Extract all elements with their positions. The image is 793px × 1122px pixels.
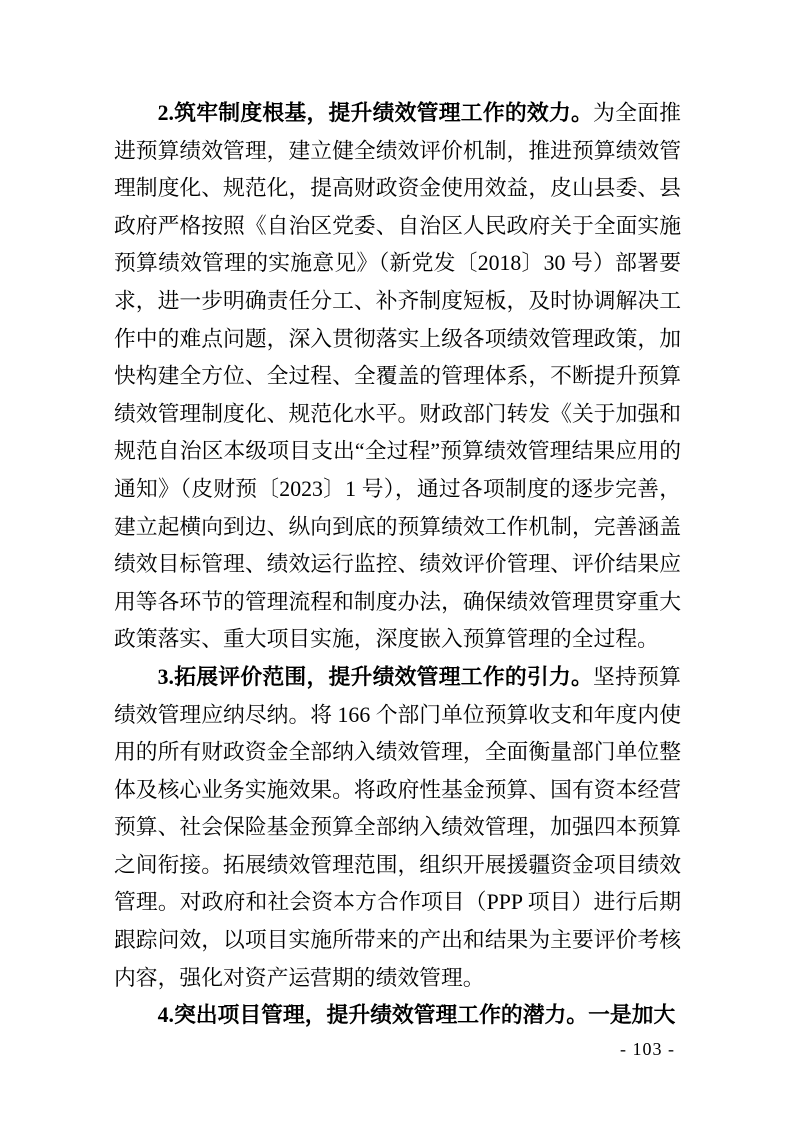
paragraph-body-text: 为全面推进预算绩效管理，建立健全绩效评价机制，推进预算绩效管理制度化、规范化，提…	[114, 101, 681, 651]
paragraph-heading: 2.筑牢制度根基，提升绩效管理工作的效力。	[158, 101, 593, 125]
document-body: 2.筑牢制度根基，提升绩效管理工作的效力。为全面推进预算绩效管理，建立健全绩效评…	[114, 95, 681, 1035]
paragraph-heading: 4.突出项目管理，提升绩效管理工作的潜力。一是加大	[158, 1003, 676, 1027]
document-page: 2.筑牢制度根基，提升绩效管理工作的效力。为全面推进预算绩效管理，建立健全绩效评…	[0, 0, 793, 1122]
paragraph-item-3: 3.拓展评价范围，提升绩效管理工作的引力。坚持预算绩效管理应纳尽纳。将 166 …	[114, 659, 681, 997]
page-number: - 103 -	[620, 1038, 675, 1060]
paragraph-heading: 3.拓展评价范围，提升绩效管理工作的引力。	[158, 665, 593, 689]
paragraph-item-2: 2.筑牢制度根基，提升绩效管理工作的效力。为全面推进预算绩效管理，建立健全绩效评…	[114, 95, 681, 659]
paragraph-body-text: 坚持预算绩效管理应纳尽纳。将 166 个部门单位预算收支和年度内使用的所有财政资…	[114, 665, 681, 990]
paragraph-item-4: 4.突出项目管理，提升绩效管理工作的潜力。一是加大	[114, 997, 681, 1035]
